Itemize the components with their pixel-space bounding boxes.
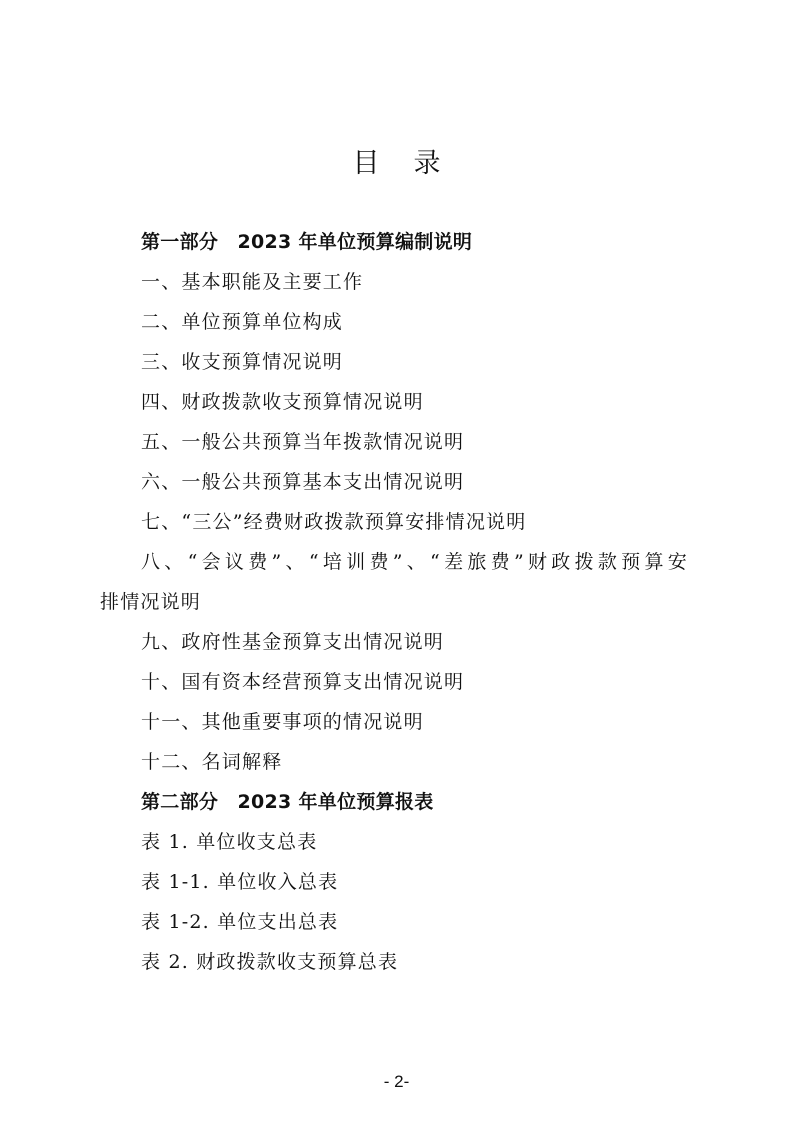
toc-part-1-heading: 第一部分 2023 年单位预算编制说明 xyxy=(141,228,472,256)
toc-item: 九、政府性基金预算支出情况说明 xyxy=(141,628,444,656)
toc-item: 十二、名词解释 xyxy=(141,748,282,776)
toc-item: 一、基本职能及主要工作 xyxy=(141,268,363,296)
toc-item-continuation: 排情况说明 xyxy=(100,588,201,616)
toc-item: 八、“会议费”、“培训费”、“差旅费”财政拨款预算安 xyxy=(141,548,691,576)
toc-item: 二、单位预算单位构成 xyxy=(141,308,343,336)
toc-item: 四、财政拨款收支预算情况说明 xyxy=(141,388,424,416)
toc-item: 七、“三公”经费财政拨款预算安排情况说明 xyxy=(141,508,526,536)
toc-item: 表 1-1. 单位收入总表 xyxy=(141,868,338,896)
toc-part-2-heading: 第二部分 2023 年单位预算报表 xyxy=(141,788,434,816)
toc-item: 十一、其他重要事项的情况说明 xyxy=(141,708,424,736)
toc-item: 三、收支预算情况说明 xyxy=(141,348,343,376)
toc-item: 表 2. 财政拨款收支预算总表 xyxy=(141,948,398,976)
toc-item: 六、一般公共预算基本支出情况说明 xyxy=(141,468,464,496)
toc-item: 十、国有资本经营预算支出情况说明 xyxy=(141,668,464,696)
toc-item: 表 1. 单位收支总表 xyxy=(141,828,317,856)
toc-item: 五、一般公共预算当年拨款情况说明 xyxy=(141,428,464,456)
toc-item: 表 1-2. 单位支出总表 xyxy=(141,908,338,936)
page-number: - 2- xyxy=(0,1072,793,1092)
page-title: 目录 xyxy=(0,141,793,180)
